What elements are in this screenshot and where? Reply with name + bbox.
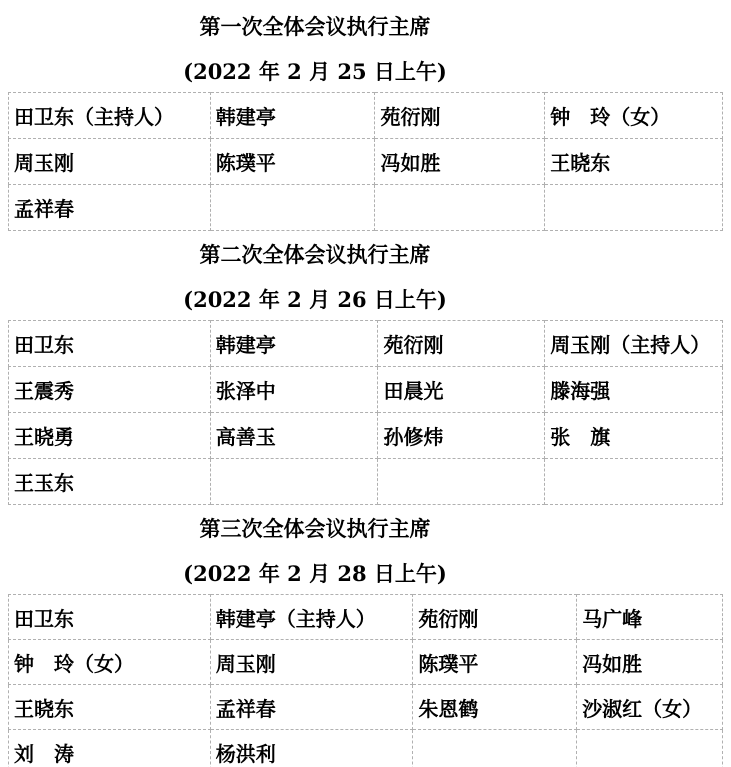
name-cell: 苑衍刚 [375, 93, 545, 139]
table-row: 周玉刚陈璞平冯如胜王晓东 [9, 139, 723, 185]
name-cell: 杨洪利 [210, 730, 413, 767]
name-cell: 沙淑红（女） [577, 685, 723, 730]
name-cell: 苑衍刚 [413, 595, 577, 640]
table-row: 孟祥春 [9, 185, 723, 231]
section-title: 第二次全体会议执行主席 [0, 241, 630, 269]
name-cell: 田卫东 [9, 595, 211, 640]
table-row: 钟 玲（女）周玉刚陈璞平冯如胜 [9, 640, 723, 685]
name-cell: 马广峰 [577, 595, 723, 640]
name-cell: 冯如胜 [375, 139, 545, 185]
table-row: 田卫东（主持人）韩建亭苑衍刚钟 玲（女） [9, 93, 723, 139]
name-cell: 滕海强 [545, 367, 723, 413]
name-cell: 王晓东 [9, 685, 211, 730]
name-cell: 田卫东 [9, 321, 211, 367]
name-cell: 韩建亭（主持人） [210, 595, 413, 640]
name-cell: 陈璞平 [210, 139, 375, 185]
section-heading: 第一次全体会议执行主席(2022 年 2 月 25 日上午) [0, 13, 630, 86]
name-cell: 张泽中 [210, 367, 378, 413]
name-cell: 钟 玲（女） [545, 93, 723, 139]
empty-cell [378, 459, 545, 505]
section-date: (2022 年 2 月 26 日上午) [0, 286, 630, 314]
name-cell: 王晓东 [545, 139, 723, 185]
name-cell: 孟祥春 [210, 685, 413, 730]
name-cell: 韩建亭 [210, 321, 378, 367]
name-cell: 刘 涛 [9, 730, 211, 767]
name-cell: 田卫东（主持人） [9, 93, 211, 139]
document-page: 第一次全体会议执行主席(2022 年 2 月 25 日上午)田卫东（主持人）韩建… [0, 0, 731, 767]
empty-cell [577, 730, 723, 767]
name-cell: 孟祥春 [9, 185, 211, 231]
session-section-2: 第二次全体会议执行主席(2022 年 2 月 26 日上午)田卫东韩建亭苑衍刚周… [0, 241, 731, 505]
name-cell: 周玉刚（主持人） [545, 321, 723, 367]
session-section-3: 第三次全体会议执行主席(2022 年 2 月 28 日上午)田卫东韩建亭（主持人… [0, 515, 731, 767]
name-cell: 韩建亭 [210, 93, 375, 139]
name-cell: 孙修炜 [378, 413, 545, 459]
name-cell: 高善玉 [210, 413, 378, 459]
table-row: 田卫东韩建亭苑衍刚周玉刚（主持人） [9, 321, 723, 367]
chairman-table: 田卫东（主持人）韩建亭苑衍刚钟 玲（女）周玉刚陈璞平冯如胜王晓东孟祥春 [8, 92, 723, 231]
name-cell: 田晨光 [378, 367, 545, 413]
session-section-1: 第一次全体会议执行主席(2022 年 2 月 25 日上午)田卫东（主持人）韩建… [0, 13, 731, 231]
name-cell: 钟 玲（女） [9, 640, 211, 685]
name-cell: 周玉刚 [9, 139, 211, 185]
table-row: 王晓勇高善玉孙修炜张 旗 [9, 413, 723, 459]
table-row: 王玉东 [9, 459, 723, 505]
section-title: 第一次全体会议执行主席 [0, 13, 630, 41]
section-heading: 第二次全体会议执行主席(2022 年 2 月 26 日上午) [0, 241, 630, 314]
name-cell: 陈璞平 [413, 640, 577, 685]
table-row: 王晓东孟祥春朱恩鹤沙淑红（女） [9, 685, 723, 730]
empty-cell [210, 459, 378, 505]
section-date: (2022 年 2 月 28 日上午) [0, 560, 630, 588]
empty-cell [545, 459, 723, 505]
empty-cell [413, 730, 577, 767]
chairman-table: 田卫东韩建亭苑衍刚周玉刚（主持人）王震秀张泽中田晨光滕海强王晓勇高善玉孙修炜张 … [8, 320, 723, 505]
name-cell: 苑衍刚 [378, 321, 545, 367]
name-cell: 王震秀 [9, 367, 211, 413]
name-cell: 周玉刚 [210, 640, 413, 685]
table-row: 刘 涛杨洪利 [9, 730, 723, 767]
name-cell: 张 旗 [545, 413, 723, 459]
table-row: 王震秀张泽中田晨光滕海强 [9, 367, 723, 413]
name-cell: 朱恩鹤 [413, 685, 577, 730]
empty-cell [210, 185, 375, 231]
name-cell: 王晓勇 [9, 413, 211, 459]
table-row: 田卫东韩建亭（主持人）苑衍刚马广峰 [9, 595, 723, 640]
empty-cell [375, 185, 545, 231]
chairman-table: 田卫东韩建亭（主持人）苑衍刚马广峰钟 玲（女）周玉刚陈璞平冯如胜王晓东孟祥春朱恩… [8, 594, 723, 767]
name-cell: 王玉东 [9, 459, 211, 505]
section-title: 第三次全体会议执行主席 [0, 515, 630, 543]
section-heading: 第三次全体会议执行主席(2022 年 2 月 28 日上午) [0, 515, 630, 588]
empty-cell [545, 185, 723, 231]
section-date: (2022 年 2 月 25 日上午) [0, 58, 630, 86]
name-cell: 冯如胜 [577, 640, 723, 685]
